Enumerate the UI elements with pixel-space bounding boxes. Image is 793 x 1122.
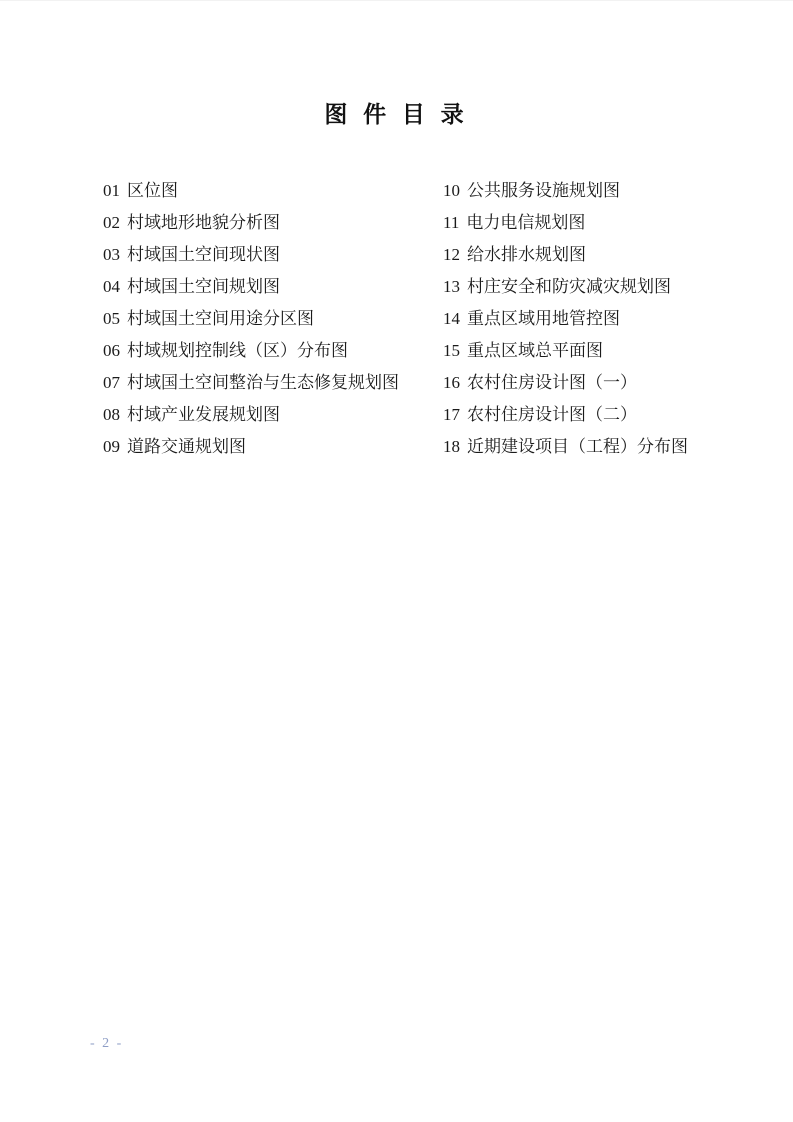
- toc-item-label: 给水排水规划图: [467, 245, 586, 264]
- toc-item-number: 05: [103, 303, 120, 335]
- toc-item-number: 10: [443, 175, 460, 207]
- document-page: 图 件 目 录 01区位图02村域地形地貌分析图03村域国土空间现状图04村域国…: [0, 0, 793, 1122]
- toc-item-label: 村域国土空间现状图: [127, 245, 280, 264]
- toc-item-16: 16农村住房设计图（一）: [443, 367, 753, 399]
- toc-item-number: 06: [103, 335, 120, 367]
- toc-item-02: 02村域地形地貌分析图: [103, 207, 443, 239]
- toc-item-04: 04村域国土空间规划图: [103, 271, 443, 303]
- toc-item-label: 村域规划控制线（区）分布图: [127, 341, 348, 360]
- toc-item-number: 07: [103, 367, 120, 399]
- toc-item-01: 01区位图: [103, 175, 443, 207]
- toc-item-14: 14重点区域用地管控图: [443, 303, 753, 335]
- toc-item-08: 08村域产业发展规划图: [103, 399, 443, 431]
- toc-item-label: 村域国土空间整治与生态修复规划图: [127, 373, 399, 392]
- toc-item-number: 12: [443, 239, 460, 271]
- toc-item-label: 村域地形地貌分析图: [127, 213, 280, 232]
- toc-item-number: 02: [103, 207, 120, 239]
- toc-item-label: 重点区域总平面图: [467, 341, 603, 360]
- toc-item-11: 11电力电信规划图: [443, 207, 753, 239]
- toc-item-label: 电力电信规划图: [466, 213, 585, 232]
- toc-item-label: 村域产业发展规划图: [127, 405, 280, 424]
- toc-item-number: 11: [443, 207, 459, 239]
- toc-item-18: 18近期建设项目（工程）分布图: [443, 431, 753, 463]
- page-title: 图 件 目 录: [0, 96, 793, 129]
- figure-toc: 01区位图02村域地形地貌分析图03村域国土空间现状图04村域国土空间规划图05…: [103, 175, 753, 463]
- toc-item-number: 17: [443, 399, 460, 431]
- toc-item-number: 08: [103, 399, 120, 431]
- toc-item-number: 13: [443, 271, 460, 303]
- toc-item-label: 区位图: [127, 181, 178, 200]
- toc-item-number: 16: [443, 367, 460, 399]
- toc-item-label: 公共服务设施规划图: [467, 181, 620, 200]
- toc-item-15: 15重点区域总平面图: [443, 335, 753, 367]
- toc-item-number: 04: [103, 271, 120, 303]
- page-footer: - 2 -: [90, 1034, 123, 1052]
- toc-item-number: 01: [103, 175, 120, 207]
- toc-item-label: 农村住房设计图（一）: [467, 373, 637, 392]
- toc-column-left: 01区位图02村域地形地貌分析图03村域国土空间现状图04村域国土空间规划图05…: [103, 175, 443, 463]
- toc-item-label: 近期建设项目（工程）分布图: [467, 437, 688, 456]
- toc-item-12: 12给水排水规划图: [443, 239, 753, 271]
- toc-item-number: 18: [443, 431, 460, 463]
- page-number: - 2 -: [90, 1036, 123, 1051]
- toc-item-number: 14: [443, 303, 460, 335]
- toc-column-right: 10公共服务设施规划图11电力电信规划图12给水排水规划图13村庄安全和防灾减灾…: [443, 175, 753, 463]
- toc-item-09: 09道路交通规划图: [103, 431, 443, 463]
- toc-item-number: 03: [103, 239, 120, 271]
- toc-item-10: 10公共服务设施规划图: [443, 175, 753, 207]
- toc-item-06: 06村域规划控制线（区）分布图: [103, 335, 443, 367]
- toc-item-label: 道路交通规划图: [127, 437, 246, 456]
- toc-item-label: 重点区域用地管控图: [467, 309, 620, 328]
- toc-item-13: 13村庄安全和防灾减灾规划图: [443, 271, 753, 303]
- toc-item-17: 17农村住房设计图（二）: [443, 399, 753, 431]
- toc-item-number: 15: [443, 335, 460, 367]
- toc-item-05: 05村域国土空间用途分区图: [103, 303, 443, 335]
- toc-item-label: 农村住房设计图（二）: [467, 405, 637, 424]
- toc-item-07: 07村域国土空间整治与生态修复规划图: [103, 367, 443, 399]
- toc-item-label: 村庄安全和防灾减灾规划图: [467, 277, 671, 296]
- toc-item-number: 09: [103, 431, 120, 463]
- toc-item-label: 村域国土空间用途分区图: [127, 309, 314, 328]
- toc-item-label: 村域国土空间规划图: [127, 277, 280, 296]
- toc-item-03: 03村域国土空间现状图: [103, 239, 443, 271]
